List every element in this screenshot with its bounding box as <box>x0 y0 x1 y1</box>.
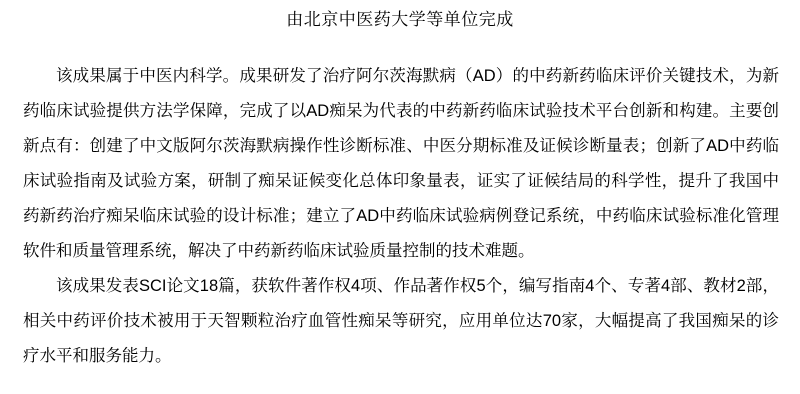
paragraph-achievement-outputs: 该成果发表SCI论文18篇，获软件著作权4项、作品著作权5个，编写指南4个、专著… <box>23 269 779 374</box>
paragraph-achievement-overview: 该成果属于中医内科学。成果研发了治疗阿尔茨海默病（AD）的中药新药临床评价关键技… <box>23 59 779 269</box>
document-body: 该成果属于中医内科学。成果研发了治疗阿尔茨海默病（AD）的中药新药临床评价关键技… <box>23 59 779 374</box>
document-title: 由北京中医药大学等单位完成 <box>0 0 800 35</box>
document-page: 由北京中医药大学等单位完成 该成果属于中医内科学。成果研发了治疗阿尔茨海默病（A… <box>0 0 800 394</box>
